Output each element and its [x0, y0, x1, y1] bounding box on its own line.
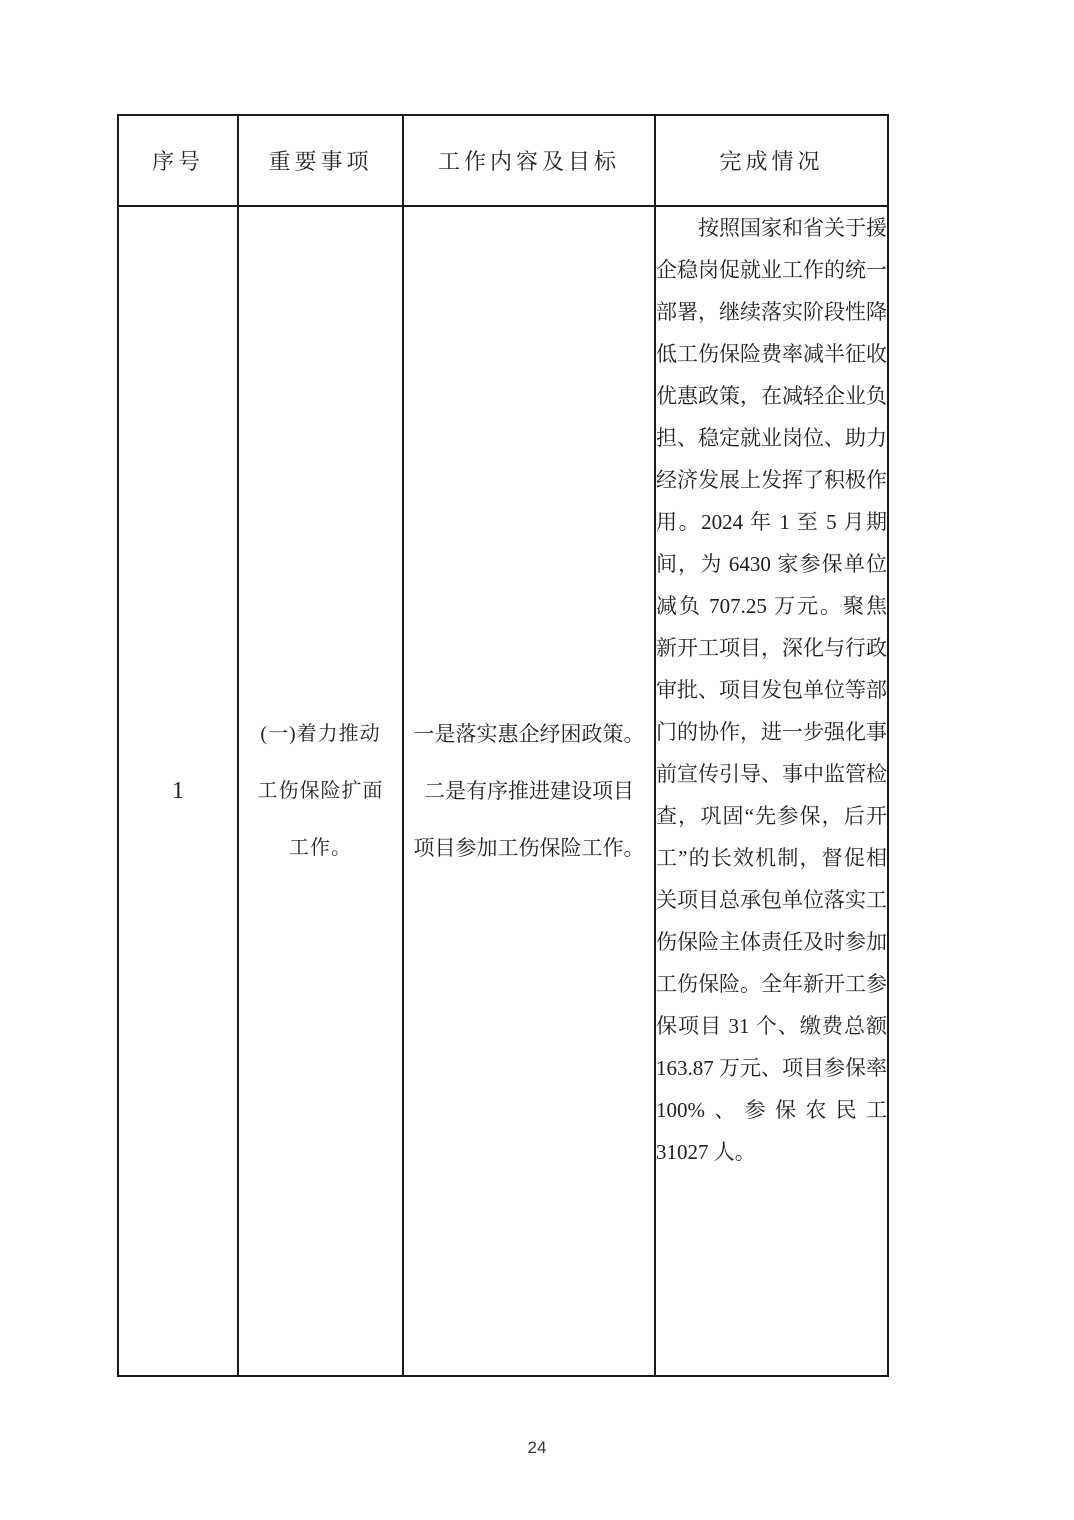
- header-completion-status: 完成情况: [655, 115, 888, 206]
- table-row: 1 (一)着力推动 工伤保险扩面 工作。 一是落实惠企纾困政策。 二是有序推进建…: [118, 206, 888, 1376]
- cell-completion-status: 按照国家和省关于援企稳岗促就业工作的统一部署，继续落实阶段性降低工伤保险费率减半…: [655, 206, 888, 1376]
- cell-serial-number: 1: [118, 206, 238, 1376]
- header-important-item: 重要事项: [238, 115, 403, 206]
- work-report-table: 序号 重要事项 工作内容及目标 完成情况 1 (一)着力推动 工伤保险扩面 工作…: [117, 114, 889, 1377]
- cell-important-item: (一)着力推动 工伤保险扩面 工作。: [238, 206, 403, 1376]
- cell-work-content-goal: 一是落实惠企纾困政策。 二是有序推进建设项目 项目参加工伤保险工作。: [403, 206, 655, 1376]
- header-serial-number: 序号: [118, 115, 238, 206]
- document-page: 序号 重要事项 工作内容及目标 完成情况 1 (一)着力推动 工伤保险扩面 工作…: [0, 0, 1074, 1520]
- header-work-content-goal: 工作内容及目标: [403, 115, 655, 206]
- header-row: 序号 重要事项 工作内容及目标 完成情况: [118, 115, 888, 206]
- completion-paragraph: 按照国家和省关于援企稳岗促就业工作的统一部署，继续落实阶段性降低工伤保险费率减半…: [656, 207, 887, 1173]
- page-number: 24: [0, 1438, 1074, 1458]
